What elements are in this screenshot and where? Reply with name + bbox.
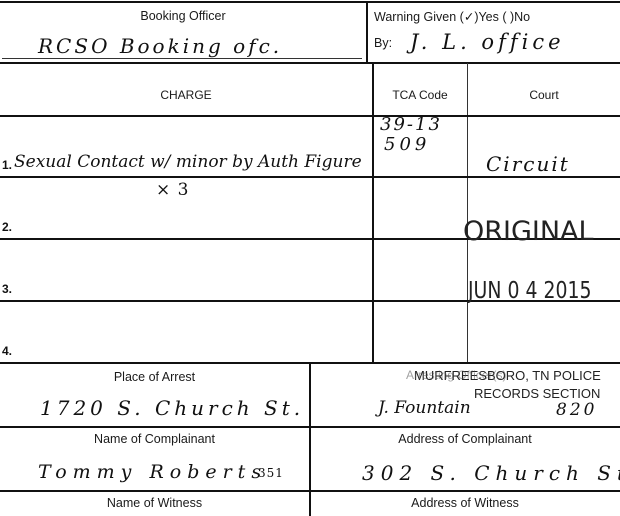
court-column-divider: [467, 63, 468, 363]
charge-row-1-line: [0, 176, 620, 178]
complainant-name-value: Tommy Roberts: [38, 461, 267, 483]
booking-officer-value: RCSO Booking ofc.: [38, 34, 282, 58]
charge-row-1-number: 1.: [2, 158, 12, 172]
charge-row-1-court: Circuit: [486, 152, 570, 176]
complainant-address-value: 302 S. Church St.: [362, 461, 620, 485]
charge-row-1-tca-line1: 39-13: [380, 114, 442, 135]
top-row-divider: [366, 2, 368, 62]
warning-given-label: Warning Given (✓)Yes ( )No: [374, 9, 530, 24]
witness-address-label: Address of Witness: [310, 496, 620, 510]
place-of-arrest-label: Place of Arrest: [0, 370, 309, 384]
complainant-name-label: Name of Complainant: [0, 432, 309, 446]
charge-row-3-number: 3.: [2, 282, 12, 296]
arresting-officer-label: Arresting Officer(s): [406, 368, 506, 382]
warning-by-label: By:: [374, 36, 392, 50]
place-of-arrest-value: 1720 S. Church St.: [40, 396, 304, 420]
charge-header: CHARGE: [0, 88, 372, 102]
charge-row-1-count: × 3: [156, 180, 189, 200]
witness-name-label: Name of Witness: [0, 496, 309, 510]
booking-officer-underline: [2, 58, 362, 59]
charge-row-4-number: 4.: [2, 344, 12, 358]
top-border: [0, 1, 620, 3]
arresting-officer-badge: 820: [556, 400, 597, 420]
booking-officer-label: Booking Officer: [0, 9, 366, 23]
charge-row-1-tca-line2: 509: [384, 134, 430, 155]
arresting-officer-value: J. Fountain: [378, 398, 471, 418]
header-bottom-border: [0, 115, 620, 117]
complainant-address-label: Address of Complainant: [310, 432, 620, 446]
original-stamp: ORIGINAL: [463, 216, 594, 247]
arrest-row-bottom-border: [0, 426, 620, 428]
tca-column-divider: [372, 63, 374, 363]
charge-row-1-charge: Sexual Contact w/ minor by Auth Figure: [14, 152, 362, 172]
court-header: Court: [468, 88, 620, 102]
top-row-bottom-border: [0, 62, 620, 64]
records-agency-stamp-line2: RECORDS SECTION: [474, 386, 600, 401]
complainant-name-extra: 351: [258, 466, 284, 480]
tca-code-header: TCA Code: [373, 88, 467, 102]
charge-row-2-number: 2.: [2, 220, 12, 234]
warning-by-value: J. L. office: [410, 30, 565, 54]
received-date-stamp: JUN 0 4 2015: [468, 278, 591, 304]
complainant-row-bottom-border: [0, 490, 620, 492]
